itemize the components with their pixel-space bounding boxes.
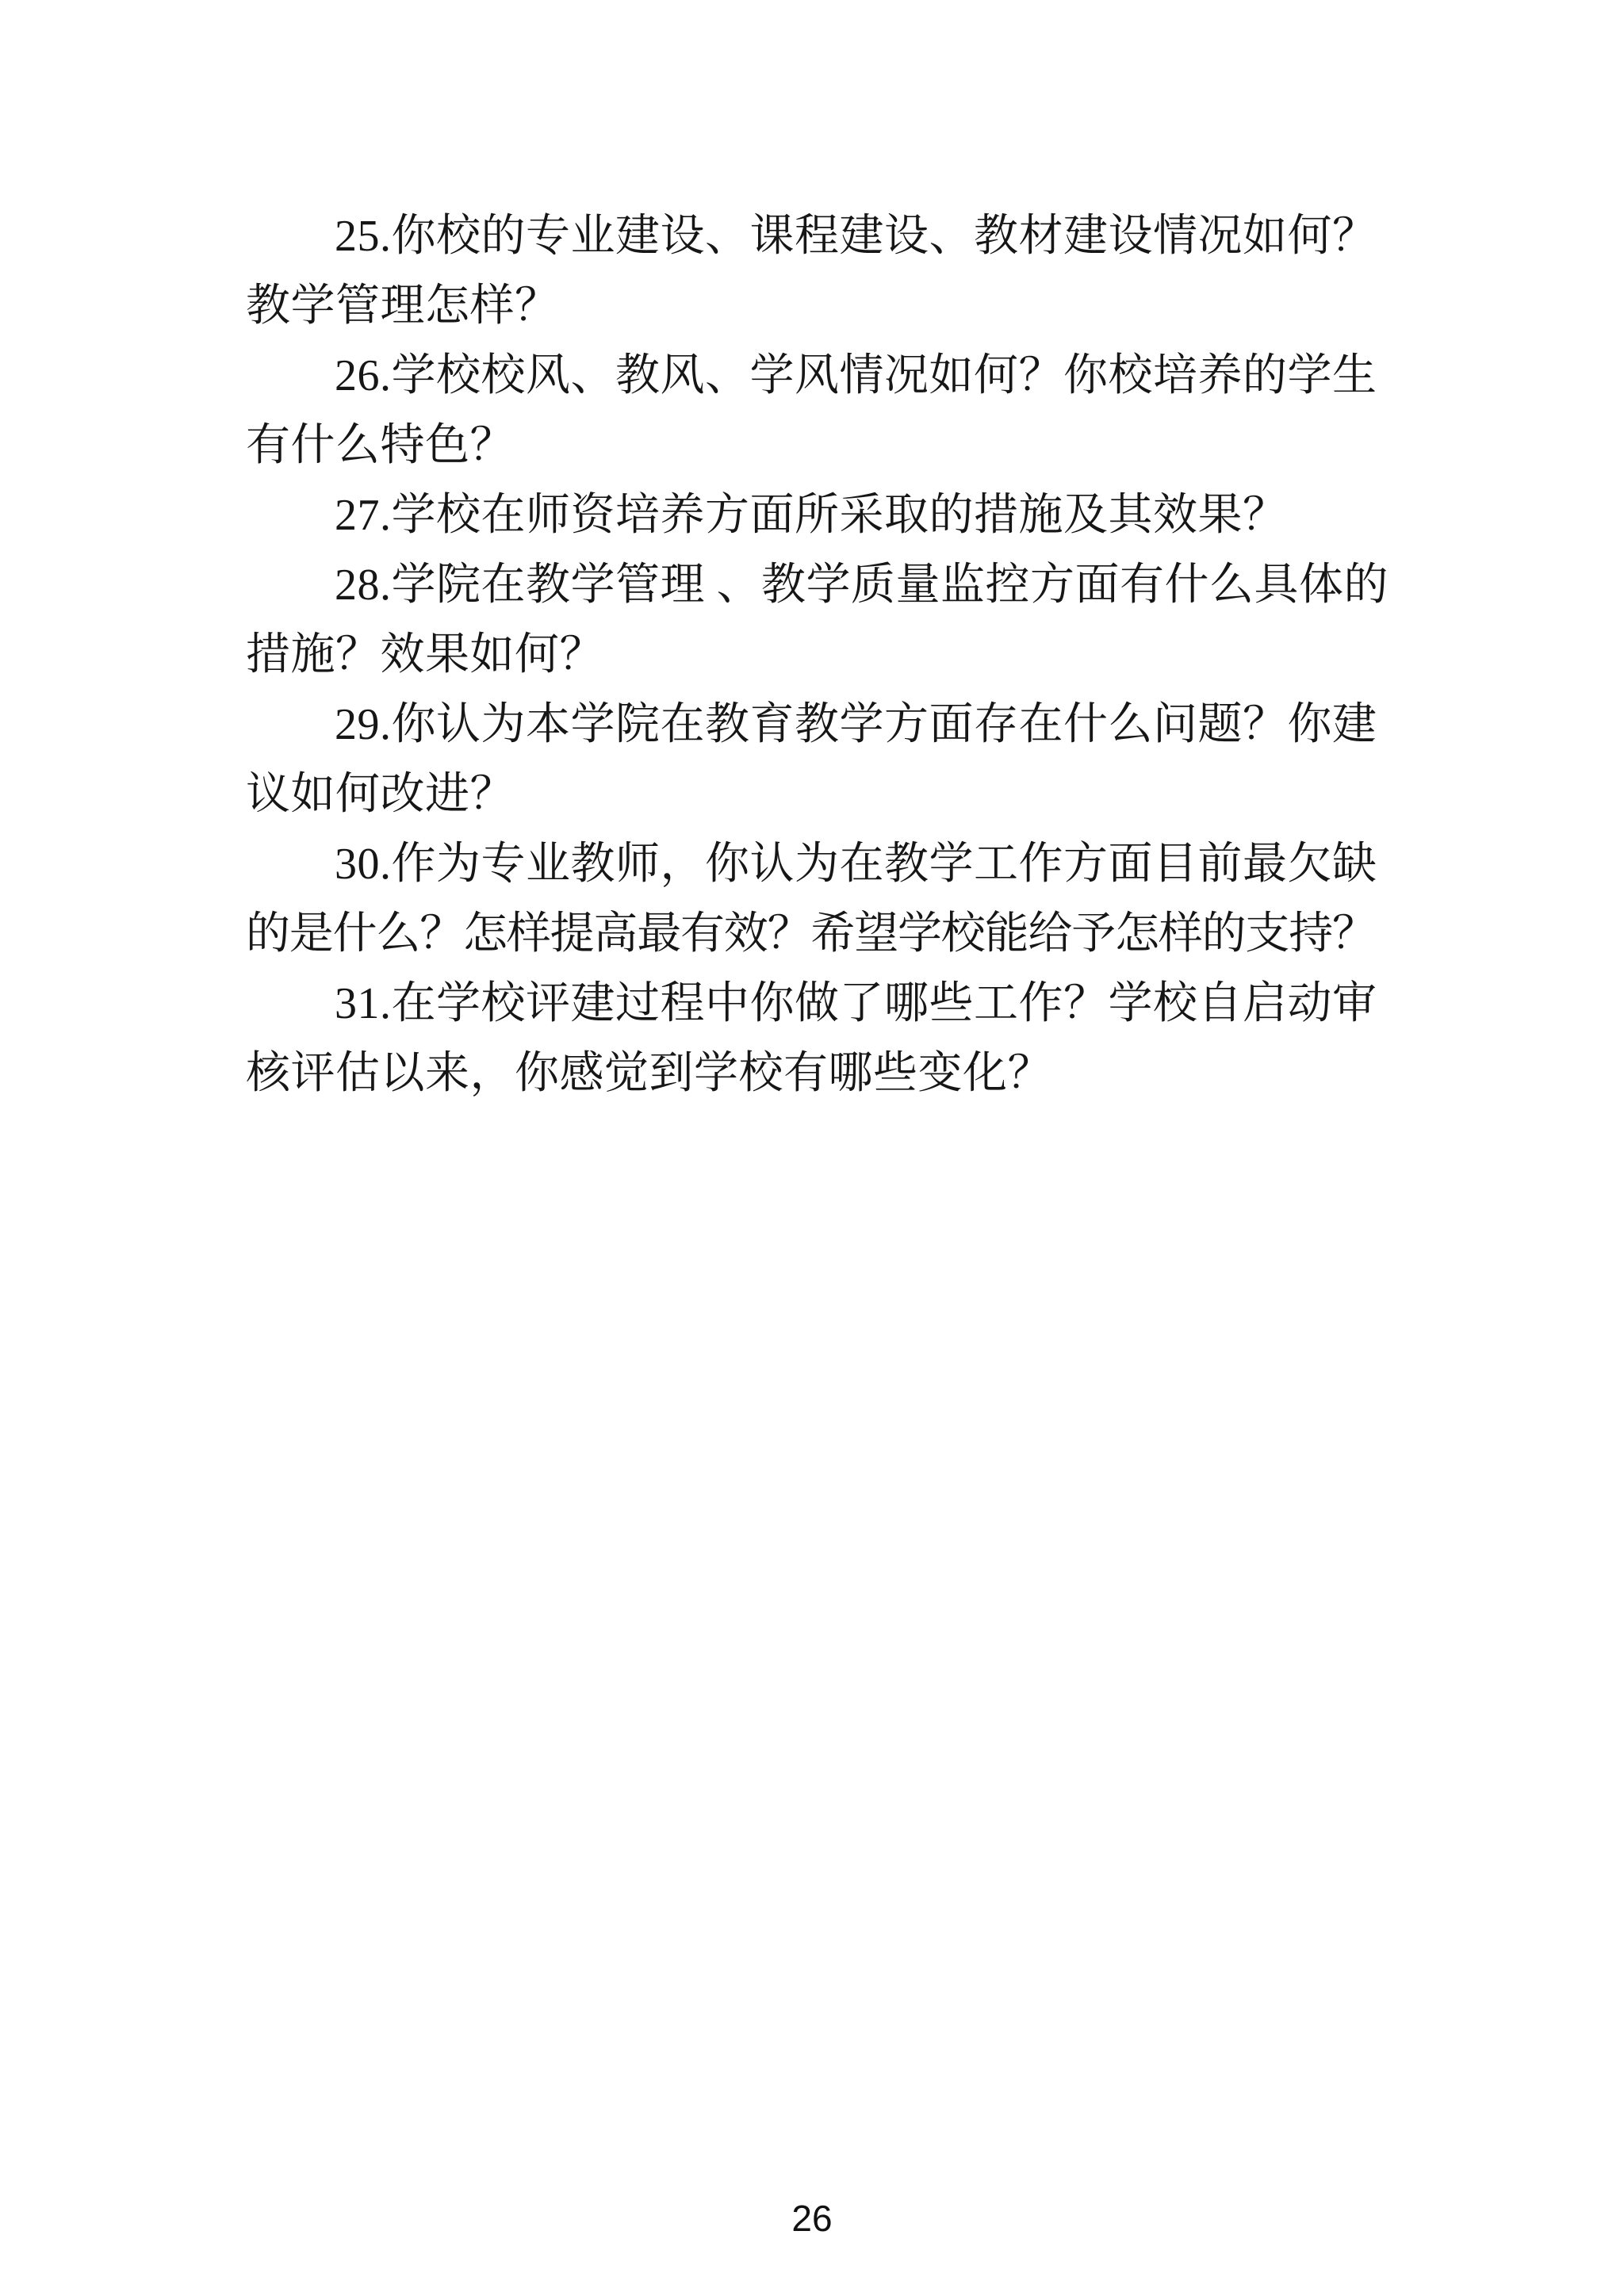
question-line: 的是什么？怎样提高最有效？希望学校能给予怎样的支持？	[246, 899, 1381, 969]
question-paragraph-27: 27.学校在师资培养方面所采取的措施及其效果？	[246, 480, 1381, 550]
question-line: 有什么特色？	[246, 411, 1381, 480]
question-line: 核评估以来，你感觉到学校有哪些变化？	[246, 1039, 1381, 1108]
document-page: 25.你校的专业建设、课程建设、教材建设情况如何？ 教学管理怎样？ 26.学校校…	[0, 0, 1624, 2296]
question-line: 28.学院在教学管理 、教学质量监控方面有什么具体的	[246, 550, 1381, 620]
question-line: 31.在学校评建过程中你做了哪些工作？学校自启动审	[246, 969, 1381, 1039]
question-paragraph-25: 25.你校的专业建设、课程建设、教材建设情况如何？ 教学管理怎样？	[246, 201, 1381, 341]
question-line: 议如何改进？	[246, 760, 1381, 829]
question-list: 25.你校的专业建设、课程建设、教材建设情况如何？ 教学管理怎样？ 26.学校校…	[246, 201, 1381, 1108]
question-paragraph-26: 26.学校校风、教风、学风情况如何？你校培养的学生 有什么特色？	[246, 341, 1381, 480]
question-paragraph-30: 30.作为专业教师，你认为在教学工作方面目前最欠缺 的是什么？怎样提高最有效？希…	[246, 829, 1381, 969]
question-paragraph-29: 29.你认为本学院在教育教学方面存在什么问题？你建 议如何改进？	[246, 690, 1381, 829]
question-paragraph-31: 31.在学校评建过程中你做了哪些工作？学校自启动审 核评估以来，你感觉到学校有哪…	[246, 969, 1381, 1108]
question-line: 25.你校的专业建设、课程建设、教材建设情况如何？	[246, 201, 1381, 271]
question-line: 29.你认为本学院在教育教学方面存在什么问题？你建	[246, 690, 1381, 760]
question-paragraph-28: 28.学院在教学管理 、教学质量监控方面有什么具体的 措施？效果如何？	[246, 550, 1381, 690]
question-line: 措施？效果如何？	[246, 620, 1381, 690]
question-line: 教学管理怎样？	[246, 271, 1381, 341]
question-line: 26.学校校风、教风、学风情况如何？你校培养的学生	[246, 341, 1381, 411]
page-number: 26	[0, 2199, 1624, 2237]
question-line: 30.作为专业教师，你认为在教学工作方面目前最欠缺	[246, 829, 1381, 899]
question-line: 27.学校在师资培养方面所采取的措施及其效果？	[246, 480, 1381, 550]
